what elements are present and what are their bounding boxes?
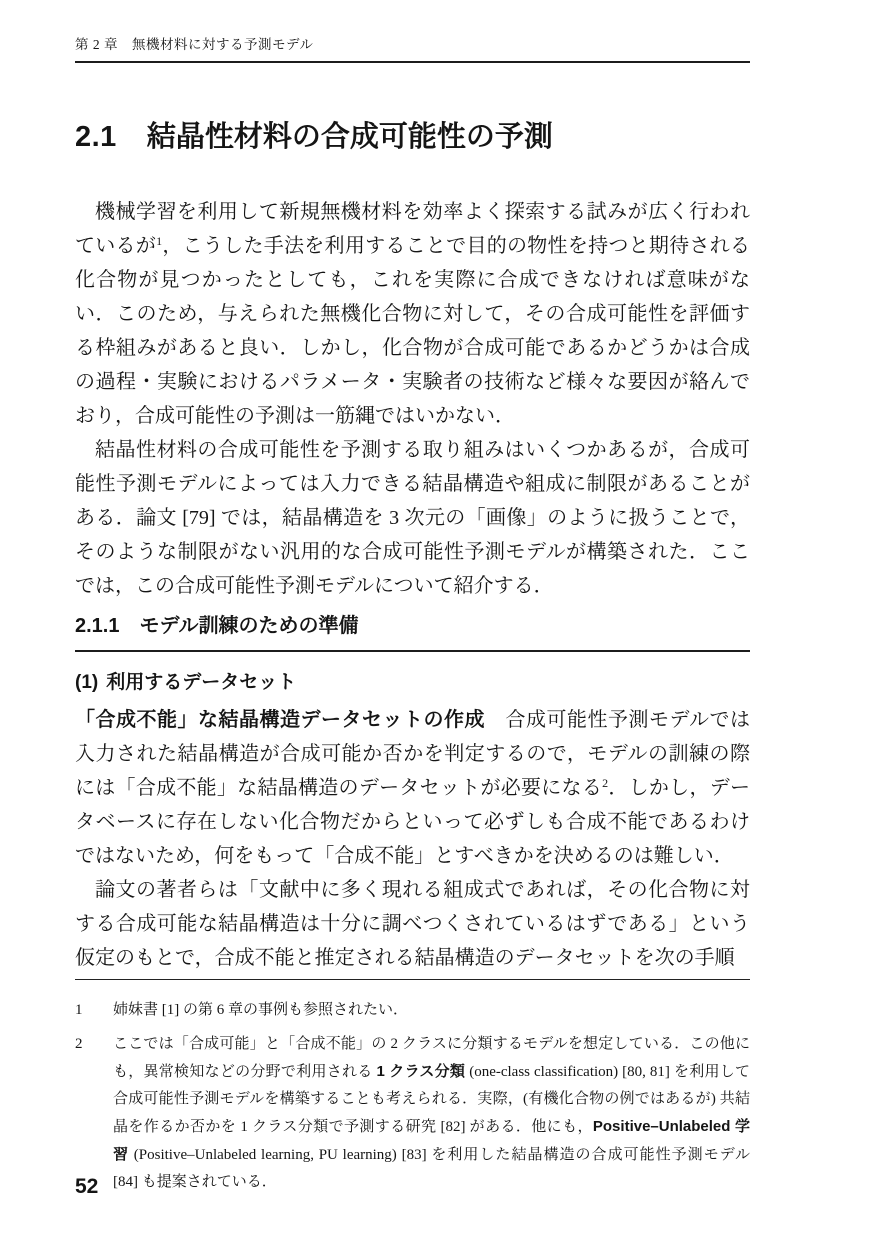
list-heading: (1) 利用するデータセット	[75, 670, 750, 695]
footnote-2-text: ここでは「合成可能」と「合成不能」の 2 クラスに分類するモデルを想定している．…	[113, 1031, 750, 1196]
list-heading-label: (1)	[75, 670, 98, 695]
footnote-1: 1 姉妹書 [1] の第 6 章の事例も参照されたい．	[75, 997, 750, 1024]
list-heading-text: 利用するデータセット	[106, 670, 296, 695]
footnote-1-marker: 1	[75, 997, 113, 1024]
text-segment: ，こうした手法を利用することで目的の物性を持つと期待される化合物が見つかったとし…	[75, 235, 750, 427]
running-header: 第 2 章 無機材料に対する予測モデル	[75, 36, 750, 63]
text-segment: 姉妹書 [1] の第 6 章の事例も参照されたい．	[113, 1002, 408, 1018]
section-number: 2.1	[75, 119, 117, 155]
footnote-2: 2 ここでは「合成可能」と「合成不能」の 2 クラスに分類するモデルを想定してい…	[75, 1031, 750, 1196]
text-segment: 結晶性材料の合成可能性を予測する取り組みはいくつかあるが，合成可能性予測モデルに…	[75, 439, 750, 597]
bold-text-segment: 1 クラス分類	[377, 1063, 466, 1080]
subsection-heading: 2.1.1 モデル訓練のための準備	[75, 613, 750, 652]
paragraph-3: 「合成不能」な結晶構造データセットの作成 合成可能性予測モデルでは入力された結晶…	[75, 703, 750, 873]
paragraph-4: 論文の著者らは「文献中に多く現れる組成式であれば，その化合物に対する合成可能な結…	[75, 873, 750, 975]
footnote-1-text: 姉妹書 [1] の第 6 章の事例も参照されたい．	[113, 997, 750, 1024]
subsection-title-text: モデル訓練のための準備	[139, 613, 358, 639]
book-page: 第 2 章 無機材料に対する予測モデル 2.1 結晶性材料の合成可能性の予測 機…	[0, 0, 875, 1241]
paragraph-1: 機械学習を利用して新規無機材料を効率よく探索する試みが広く行われているが1，こう…	[75, 195, 750, 433]
text-segment: (Positive–Unlabeled learning, PU learnin…	[113, 1147, 750, 1190]
bold-text-segment: 「合成不能」な結晶構造データセットの作成	[75, 709, 485, 731]
section-heading: 2.1 結晶性材料の合成可能性の予測	[75, 119, 750, 155]
page-number: 52	[75, 1175, 98, 1199]
paragraph-2: 結晶性材料の合成可能性を予測する取り組みはいくつかあるが，合成可能性予測モデルに…	[75, 433, 750, 603]
text-segment: 論文の著者らは「文献中に多く現れる組成式であれば，その化合物に対する合成可能な結…	[75, 879, 750, 969]
footnote-2-marker: 2	[75, 1031, 113, 1196]
footnote-separator	[75, 979, 750, 980]
text-block: 第 2 章 無機材料に対する予測モデル 2.1 結晶性材料の合成可能性の予測 機…	[0, 0, 875, 1196]
section-title-text: 結晶性材料の合成可能性の予測	[147, 119, 553, 155]
footnotes-block: 1 姉妹書 [1] の第 6 章の事例も参照されたい． 2 ここでは「合成可能」…	[75, 988, 750, 1196]
subsection-number: 2.1.1	[75, 613, 119, 639]
